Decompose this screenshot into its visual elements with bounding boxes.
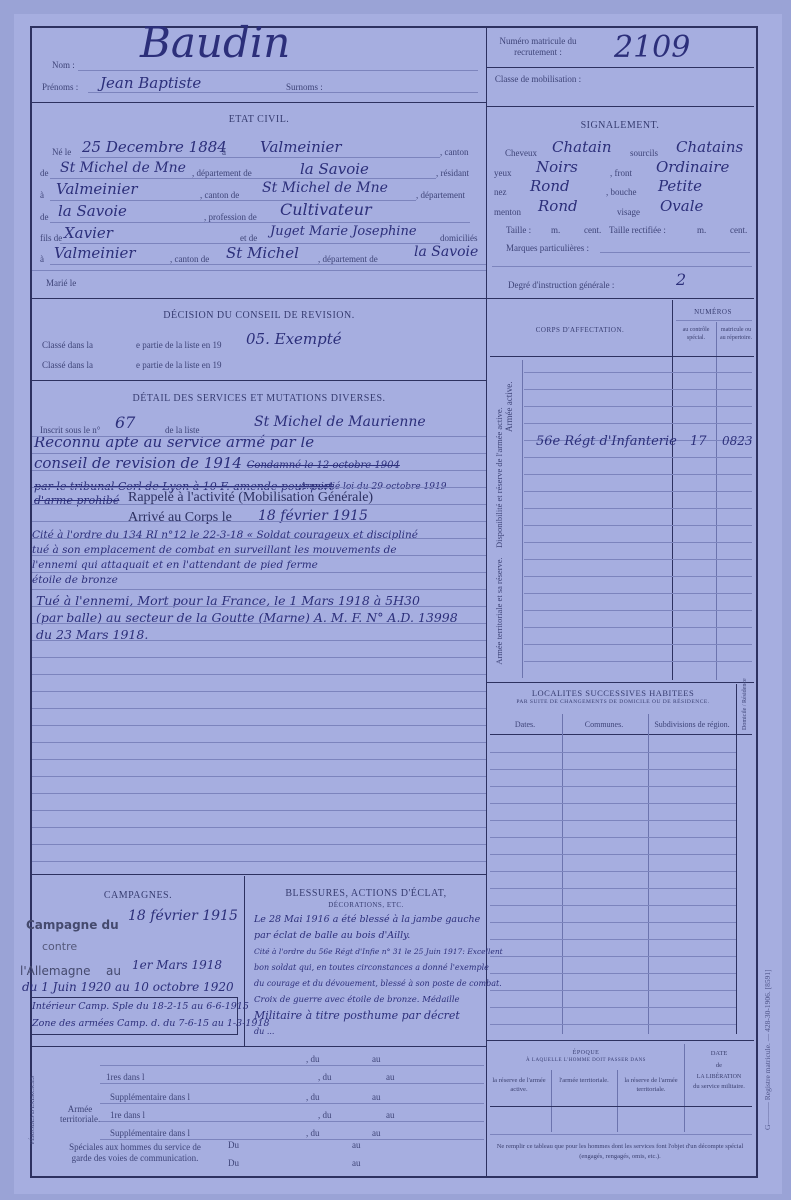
father-name: Xavier <box>64 224 113 242</box>
nom-label: Nom : <box>52 60 75 70</box>
blessures-line: par éclat de balle au bois d'Ailly. <box>254 928 503 944</box>
departement2-label: , département <box>416 190 465 200</box>
ruled-line <box>32 436 486 437</box>
et-label: et de <box>240 233 257 243</box>
epoque-subtitle: À LAQUELLE L'HOMME DOIT PASSER DANS <box>488 1058 684 1063</box>
cheveux-label: Cheveux <box>505 148 537 158</box>
ruled-line <box>32 674 486 675</box>
death-text: Tué à l'ennemi, Mort pour la France, le … <box>36 592 458 643</box>
campagne-line: Intérieur Camp. Sple du 18-2-15 au 6-6-1… <box>32 1001 249 1012</box>
ruled-line <box>524 559 752 560</box>
campagne-line: Zone des armées Camp. d. du 7-6-15 au 1-… <box>32 1018 270 1029</box>
liste-value: St Michel de Maurienne <box>254 414 426 430</box>
ruled-line <box>32 776 486 777</box>
controle-header: au contrôle spécial. <box>676 326 716 342</box>
ruled-line <box>524 508 752 509</box>
ruled-line <box>32 691 486 692</box>
sourcils-label: sourcils <box>630 148 658 158</box>
ruled-line <box>100 1103 484 1104</box>
blessures-line: Militaire à titre posthume par décret <box>254 1008 503 1024</box>
ruled-line <box>32 555 486 556</box>
ruled-line <box>32 725 486 726</box>
periode-du: , du <box>318 1072 332 1082</box>
campagne-from: 18 février 1915 <box>128 908 238 924</box>
corps-header: CORPS D'AFFECTATION. <box>490 326 670 334</box>
ruled-line <box>32 487 486 488</box>
front-value: Ordinaire <box>656 158 729 176</box>
nez-value: Rond <box>530 177 570 195</box>
campagne-label: Campagne du <box>26 918 119 932</box>
de-label: de <box>40 168 49 178</box>
profession-label: , profession de <box>204 212 257 222</box>
residant-label: , résidant <box>436 168 469 178</box>
ruled-line <box>490 837 736 838</box>
periode-du: , du <box>306 1092 320 1102</box>
ruled-line <box>32 827 486 828</box>
ruled-line <box>32 793 486 794</box>
ruled-line <box>524 576 752 577</box>
domicilies-label: domiciliés <box>440 233 478 243</box>
ruled-line <box>490 973 736 974</box>
classe1-value: 05. Exempté <box>246 330 342 348</box>
ruled-line <box>100 1121 484 1122</box>
ruled-line <box>490 1024 736 1025</box>
canton2-label: , canton de <box>200 190 239 200</box>
ruled-line <box>32 538 486 539</box>
armee-territoriale-label: Armée territoriale. <box>60 1104 100 1124</box>
ruled-line <box>524 593 752 594</box>
ruled-line <box>32 657 486 658</box>
liberation-title: LA LIBÉRATION <box>686 1074 752 1080</box>
de2-label: de <box>40 212 49 222</box>
ruled-line <box>32 572 486 573</box>
epoque-col1: la réserve de l'armée active. <box>488 1076 550 1094</box>
ruled-line <box>524 389 752 390</box>
ruled-line <box>524 406 752 407</box>
ruled-line <box>524 457 752 458</box>
ruled-line <box>32 861 486 862</box>
prenoms-value: Jean Baptiste <box>100 74 201 92</box>
speciales-label: Spéciales aux hommes du service de garde… <box>60 1142 210 1164</box>
ruled-line <box>524 474 752 475</box>
ruled-line <box>32 742 486 743</box>
matricule-header: matricule ou au répertoire. <box>718 326 754 342</box>
ruled-line <box>490 871 736 872</box>
campagne-line: du 1 Juin 1920 au 10 octobre 1920 <box>22 980 234 994</box>
periode-du: , du <box>306 1128 320 1138</box>
periode-label: 1res dans l <box>106 1072 145 1082</box>
ruled-line <box>32 708 486 709</box>
prenoms-label: Prénoms : <box>42 82 78 92</box>
ruled-line <box>490 905 736 906</box>
epoque-footnote: Ne remplir ce tableau que pour les homme… <box>492 1142 748 1162</box>
armee-active-label: Armée active. <box>504 382 514 432</box>
margin-print-note: G——— Registre matricule. — 428-30-1906. … <box>763 969 772 1130</box>
periode-du: , du <box>318 1110 332 1120</box>
du-label: Du <box>228 1140 239 1150</box>
front-label: , front <box>610 168 632 178</box>
birth-canton: St Michel de Mne <box>60 160 186 176</box>
ruled-line <box>490 786 736 787</box>
decision-title: DÉCISION DU CONSEIL DE REVISION. <box>32 310 486 321</box>
surnoms-label: Surnoms : <box>286 82 323 92</box>
marques-label: Marques particulières : <box>506 243 589 253</box>
ruled-line <box>524 491 752 492</box>
blessures-line: du ... <box>254 1024 503 1040</box>
residence-canton: St Michel de Mne <box>262 180 388 196</box>
ruled-line <box>32 759 486 760</box>
matricule-value: 2109 <box>614 30 690 65</box>
blessures-text: Le 28 Mai 1916 a été blessé à la jambe g… <box>254 912 503 1040</box>
ruled-line <box>524 610 752 611</box>
citation-line: l'ennemi qui attaquait et en l'attendant… <box>32 558 418 573</box>
ruled-line <box>32 623 486 624</box>
arrive-label: Arrivé au Corps le <box>128 510 232 526</box>
ruled-line <box>490 939 736 940</box>
ruled-line <box>490 820 736 821</box>
campagnes-title: CAMPAGNES. <box>32 890 244 901</box>
marie-label: Marié le <box>46 278 76 288</box>
etat-civil-title: ETAT CIVIL. <box>32 114 486 125</box>
degre-value: 2 <box>676 270 686 289</box>
periode-label: 1re dans l <box>110 1110 145 1120</box>
birth-place: Valmeinier <box>260 138 342 156</box>
col-dates: Dates. <box>490 720 560 729</box>
periode-label: Supplémentaire dans l <box>110 1092 190 1102</box>
ruled-line <box>524 542 752 543</box>
ruled-line <box>490 854 736 855</box>
allemagne-label: l'Allemagne <box>20 964 91 978</box>
ruled-line <box>524 644 752 645</box>
ruled-line <box>32 504 486 505</box>
du-label: Du <box>228 1158 239 1168</box>
blessures-subtitle: DÉCORATIONS, ETC. <box>246 901 486 909</box>
au-label: au <box>352 1140 361 1150</box>
nom-value: Baudin <box>140 18 290 67</box>
periode-du: , du <box>306 1054 320 1064</box>
col-communes: Communes. <box>562 720 646 729</box>
taille-cent-label: cent. <box>584 225 601 235</box>
mother-name: Juget Marie Josephine <box>270 224 417 239</box>
ruled-line <box>524 525 752 526</box>
ruled-line <box>32 453 486 454</box>
parents-canton: St Michel <box>226 244 299 262</box>
periodes-side-label: PÉRIODES D'EXERCICES <box>30 1060 36 1160</box>
date-de: de <box>686 1062 752 1069</box>
ruled-line <box>524 627 752 628</box>
periode-au: au <box>372 1092 381 1102</box>
residant-a-label: à <box>40 190 44 200</box>
localites-subtitle: PAR SUITE DE CHANGEMENTS DE DOMICILE OU … <box>490 699 736 705</box>
birth-date: 25 Decembre 1884 <box>82 138 227 156</box>
ruled-line <box>524 661 752 662</box>
visage-label: visage <box>617 207 640 217</box>
taille-rectifiee-label: Taille rectifiée : <box>609 225 666 235</box>
corps-entry: 56e Régt d'Infanterie <box>536 434 677 449</box>
taille-m-label: m. <box>551 225 560 235</box>
ruled-line <box>490 803 736 804</box>
citation-line: Cité à l'ordre du 134 RI n°12 le 22-3-18… <box>32 528 418 543</box>
a-label: à <box>222 147 226 157</box>
bouche-value: Petite <box>658 177 702 195</box>
parents-domicile: Valmeinier <box>54 244 136 262</box>
ruled-line <box>490 956 736 957</box>
visage-value: Ovale <box>660 197 703 215</box>
degre-label: Degré d'instruction générale : <box>508 280 614 290</box>
fils-label: fils de <box>40 233 62 243</box>
departement-label: , département de <box>192 168 252 178</box>
canton3-label: , canton de <box>170 254 209 264</box>
epoque-title: ÉPOQUE <box>488 1050 684 1056</box>
au-label: au <box>352 1158 361 1168</box>
rect-m-label: m. <box>697 225 706 235</box>
ruled-line <box>490 990 736 991</box>
classe2-label: Classé dans la <box>42 360 93 370</box>
ruled-line <box>32 640 486 641</box>
ruled-line <box>32 521 486 522</box>
periode-au: au <box>386 1110 395 1120</box>
ruled-line <box>100 1065 484 1066</box>
blessures-line: du courage et du dévouement, blessé à so… <box>254 976 503 992</box>
ruled-line <box>490 1007 736 1008</box>
inscrit-value: 67 <box>115 413 135 432</box>
yeux-label: yeux <box>494 168 512 178</box>
departement3-label: , département de <box>318 254 378 264</box>
disponibilite-label: Disponibilité et réserve de l'armée acti… <box>494 428 504 548</box>
periode-label: Supplémentaire dans l <box>110 1128 190 1138</box>
struck-line: d'arme prohibé <box>34 494 119 507</box>
rect-cent-label: cent. <box>730 225 747 235</box>
cheveux-value: Chatain <box>552 138 612 156</box>
menton-value: Rond <box>538 197 578 215</box>
yeux-value: Noirs <box>536 158 578 176</box>
ne-le-label: Né le <box>52 147 71 157</box>
signalement-title: SIGNALEMENT. <box>486 120 754 131</box>
menton-label: menton <box>494 207 521 217</box>
periode-au: au <box>386 1072 395 1082</box>
ruled-line <box>490 922 736 923</box>
periode-au: au <box>372 1128 381 1138</box>
territoriale-label: Armée territoriale et sa réserve. <box>494 556 504 666</box>
partie1-label: e partie de la liste en 19 <box>136 340 221 350</box>
classe-label: Classe de mobilisation : <box>492 74 584 85</box>
ruled-line <box>524 372 752 373</box>
domicile-a-label: à <box>40 254 44 264</box>
ruled-line <box>490 752 736 753</box>
ruled-line <box>524 423 752 424</box>
ruled-line <box>100 1139 484 1140</box>
col-subdivisions: Subdivisions de région. <box>648 720 736 729</box>
date-title: DATE <box>686 1050 752 1057</box>
birth-departement: la Savoie <box>300 160 369 178</box>
citation-text: Cité à l'ordre du 134 RI n°12 le 22-3-18… <box>32 528 418 588</box>
blessures-line: Le 28 Mai 1916 a été blessé à la jambe g… <box>254 912 503 928</box>
sourcils-value: Chatains <box>676 138 743 156</box>
parents-departement: la Savoie <box>414 244 478 260</box>
taille-label: Taille : <box>506 225 531 235</box>
ruled-line <box>32 810 486 811</box>
canton-label: , canton <box>440 147 469 157</box>
services-title: DÉTAIL DES SERVICES ET MUTATIONS DIVERSE… <box>32 393 486 404</box>
citation-line: étoile de bronze <box>32 573 418 588</box>
ruled-line <box>32 844 486 845</box>
bouche-label: , bouche <box>606 187 637 197</box>
campagne-to: 1er Mars 1918 <box>132 958 222 972</box>
residence-place: Valmeinier <box>56 180 138 198</box>
epoque-col3: la réserve de l'armée territoriale. <box>619 1076 683 1094</box>
ruled-line <box>32 589 486 590</box>
matricule-label: Numéro matricule du recrutement : <box>492 36 584 58</box>
localites-title: LOCALITES SUCCESSIVES HABITEES <box>490 688 736 698</box>
blessures-line: bon soldat qui, en toutes circonstances … <box>254 960 503 976</box>
ruled-line <box>32 606 486 607</box>
nez-label: nez <box>494 187 507 197</box>
epoque-col2: l'armée territoriale. <box>553 1076 615 1085</box>
contre-label: contre <box>42 940 77 953</box>
blessures-title: BLESSURES, ACTIONS D'ÉCLAT, <box>246 888 486 899</box>
ruled-line <box>490 769 736 770</box>
au-label: au <box>106 964 121 978</box>
controle-entry: 17 <box>690 434 707 449</box>
ruled-line <box>490 888 736 889</box>
ruled-line <box>100 1083 484 1084</box>
residence-departement: la Savoie <box>58 202 127 220</box>
localites-side-label: Domicile / Résidence <box>742 678 748 730</box>
blessures-line: Cité à l'ordre du 56e Régt d'Infie n° 31… <box>254 944 503 960</box>
ruled-line <box>32 470 486 471</box>
du-service: du service militaire. <box>686 1082 752 1091</box>
classe1-label: Classé dans la <box>42 340 93 350</box>
blessures-line: Croix de guerre avec étoile de bronze. M… <box>254 992 503 1008</box>
matricule-entry: 0823 <box>722 434 753 448</box>
periode-au: au <box>372 1054 381 1064</box>
profession-value: Cultivateur <box>280 200 372 219</box>
numeros-header: NUMÉROS <box>672 308 754 316</box>
partie2-label: e partie de la liste en 19 <box>136 360 221 370</box>
